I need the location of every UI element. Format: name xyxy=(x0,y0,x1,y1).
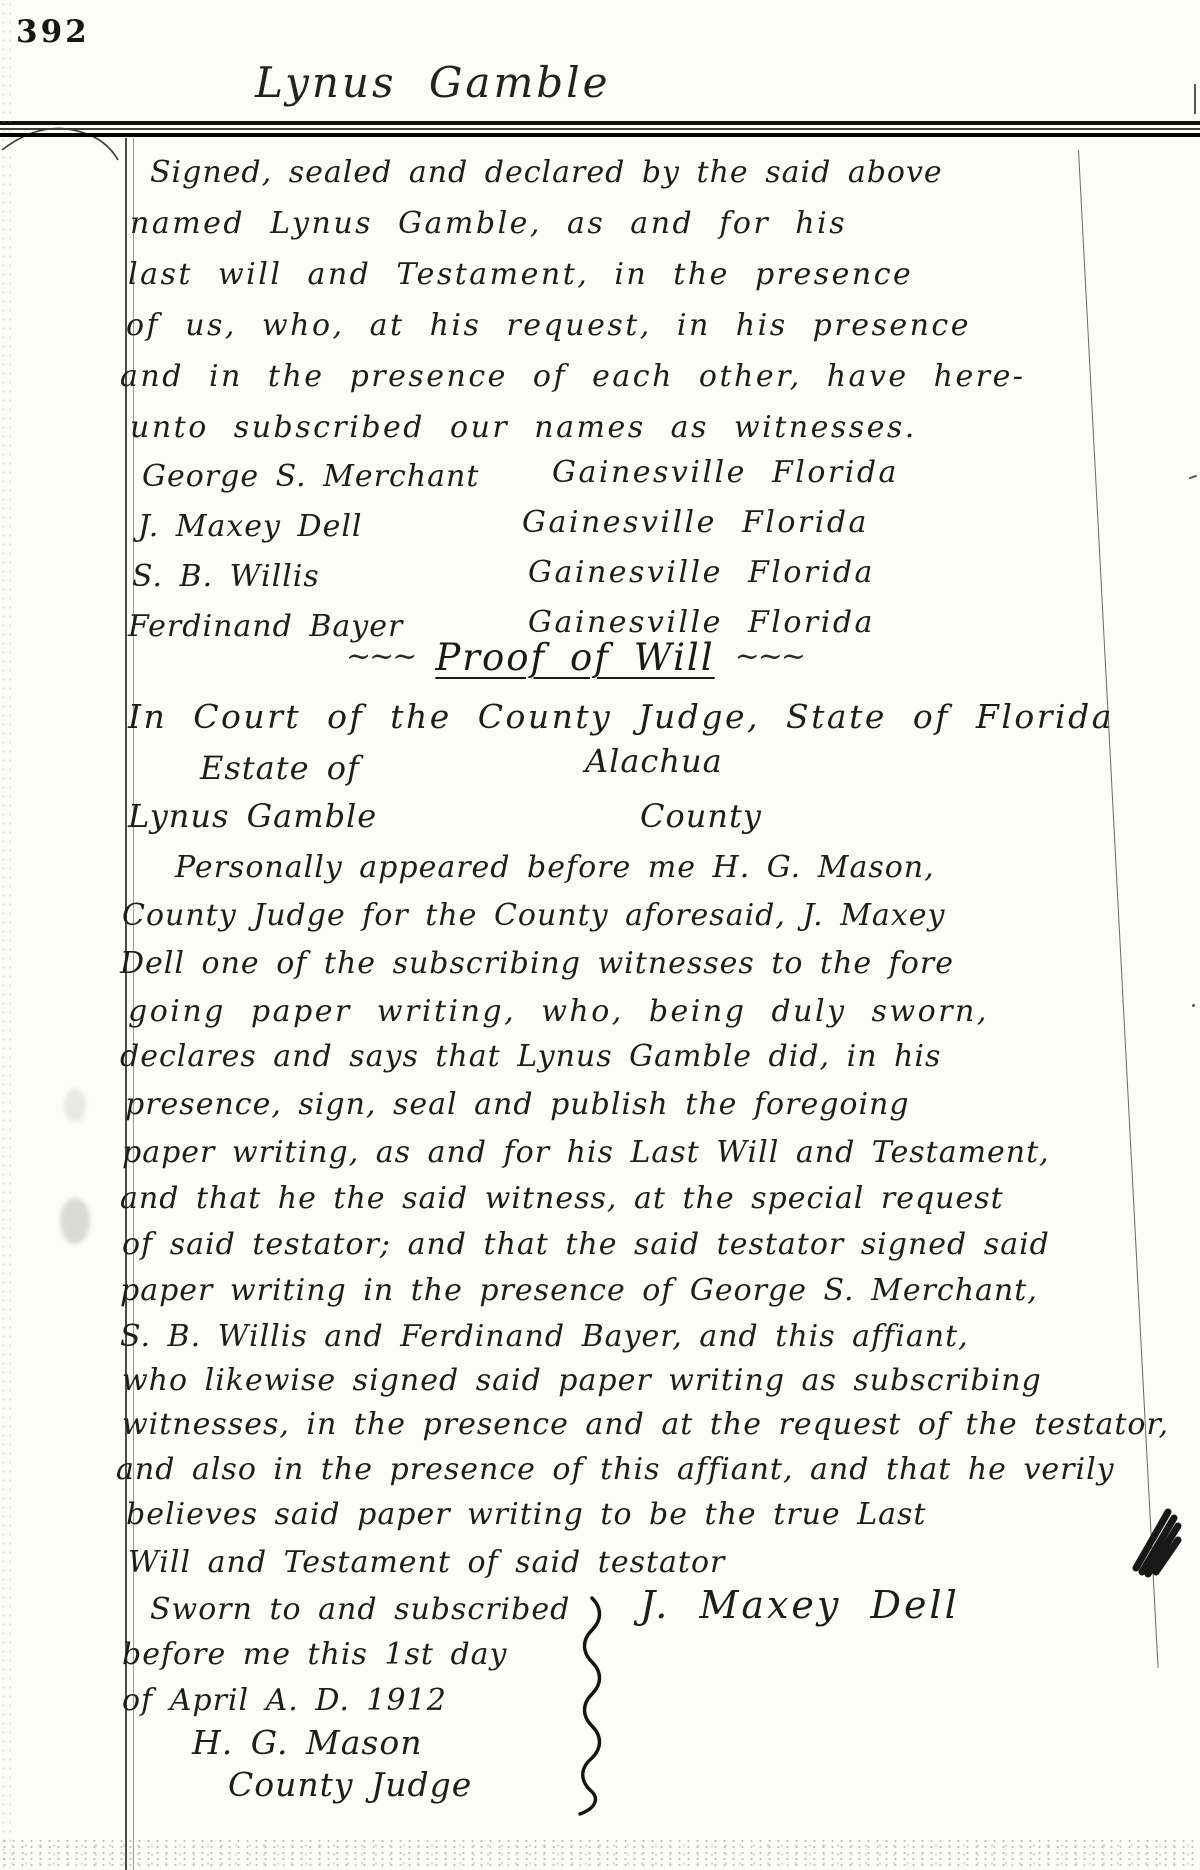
heading-flourish-right: ~~~ xyxy=(735,639,804,674)
witness-name: J. Maxey Dell xyxy=(138,512,363,542)
proof-body-line: paper writing in the presence of George … xyxy=(120,1276,1038,1306)
page-number: 392 xyxy=(16,14,90,50)
witness-signature: J. Maxey Dell xyxy=(640,1586,960,1624)
top-rule-line xyxy=(0,121,1200,125)
edge-mark xyxy=(1194,84,1196,114)
edge-mark xyxy=(1192,1004,1195,1007)
proof-body-line: declares and says that Lynus Gamble did,… xyxy=(120,1042,941,1072)
jurat-line: before me this 1st day xyxy=(122,1640,508,1670)
top-rule-line xyxy=(0,128,1200,130)
attestation-clause-line: Signed, sealed and declared by the said … xyxy=(150,158,943,188)
proof-body-line: believes said paper writing to be the tr… xyxy=(126,1500,926,1530)
will-record-page: 392 Lynus Gamble Signed, sealed and decl… xyxy=(0,0,1200,1870)
proof-body-line: S. B. Willis and Ferdinand Bayer, and th… xyxy=(120,1322,969,1352)
witness-name: S. B. Willis xyxy=(132,562,320,592)
proof-body-line: witnesses, in the presence and at the re… xyxy=(122,1410,1169,1440)
witness-residence: Gainesville Florida xyxy=(528,608,875,638)
judge-signature: H. G. Mason xyxy=(192,1726,422,1759)
judge-title: County Judge xyxy=(228,1768,472,1801)
proof-of-will-heading: ~~~ Proof of Will ~~~ xyxy=(235,636,915,679)
attestation-clause-line: and in the presence of each other, have … xyxy=(120,362,1026,392)
witness-residence: Gainesville Florida xyxy=(522,508,869,538)
heading-text: Proof of Will xyxy=(435,636,714,679)
proof-body-line: going paper writing, who, being duly swo… xyxy=(128,997,989,1027)
attestation-clause-line: last will and Testament, in the presence xyxy=(128,260,913,290)
left-edge-noise xyxy=(0,0,11,1870)
estate-of-label: Estate of xyxy=(200,752,360,784)
jurat-line: of April A. D. 1912 xyxy=(122,1686,447,1716)
proof-body-line: and also in the presence of this affiant… xyxy=(116,1455,1115,1485)
bottom-edge-noise xyxy=(0,1838,1200,1870)
jurat-line: Sworn to and subscribed xyxy=(150,1595,570,1625)
proof-body-line: Will and Testament of said testator xyxy=(128,1548,725,1578)
jurat-brace xyxy=(576,1596,608,1818)
proof-body-line: Personally appeared before me H. G. Maso… xyxy=(175,853,935,883)
proof-body-line: Dell one of the subscribing witnesses to… xyxy=(120,949,954,979)
edge-mark xyxy=(1189,475,1197,480)
court-caption-line: In Court of the County Judge, State of F… xyxy=(128,700,1114,733)
proof-body-line: of said testator; and that the said test… xyxy=(122,1230,1050,1260)
proof-body-line: who likewise signed said paper writing a… xyxy=(122,1366,1042,1396)
heading-flourish-left: ~~~ xyxy=(346,639,415,674)
witness-name: George S. Merchant xyxy=(142,462,479,492)
top-rule xyxy=(0,121,1200,141)
attestation-clause-line: of us, who, at his request, in his prese… xyxy=(126,311,971,341)
page-title: Lynus Gamble xyxy=(255,62,610,104)
top-rule-line xyxy=(0,133,1200,137)
paper-smudge xyxy=(64,1088,86,1122)
decedent-name: Lynus Gamble xyxy=(128,800,377,832)
attestation-clause-line: named Lynus Gamble, as and for his xyxy=(130,209,847,239)
paper-smudge xyxy=(60,1198,90,1244)
county-name: Alachua xyxy=(585,745,723,777)
county-label: County xyxy=(640,800,762,832)
proof-body-line: paper writing, as and for his Last Will … xyxy=(122,1138,1050,1168)
proof-body-line: presence, sign, seal and publish the for… xyxy=(125,1090,910,1120)
proof-body-line: County Judge for the County aforesaid, J… xyxy=(122,901,945,931)
witness-residence: Gainesville Florida xyxy=(528,558,875,588)
ink-blot xyxy=(1126,1502,1190,1582)
proof-body-line: and that he the said witness, at the spe… xyxy=(120,1184,1004,1214)
attestation-clause-line: unto subscribed our names as witnesses. xyxy=(130,413,917,443)
witness-residence: Gainesville Florida xyxy=(552,458,899,488)
